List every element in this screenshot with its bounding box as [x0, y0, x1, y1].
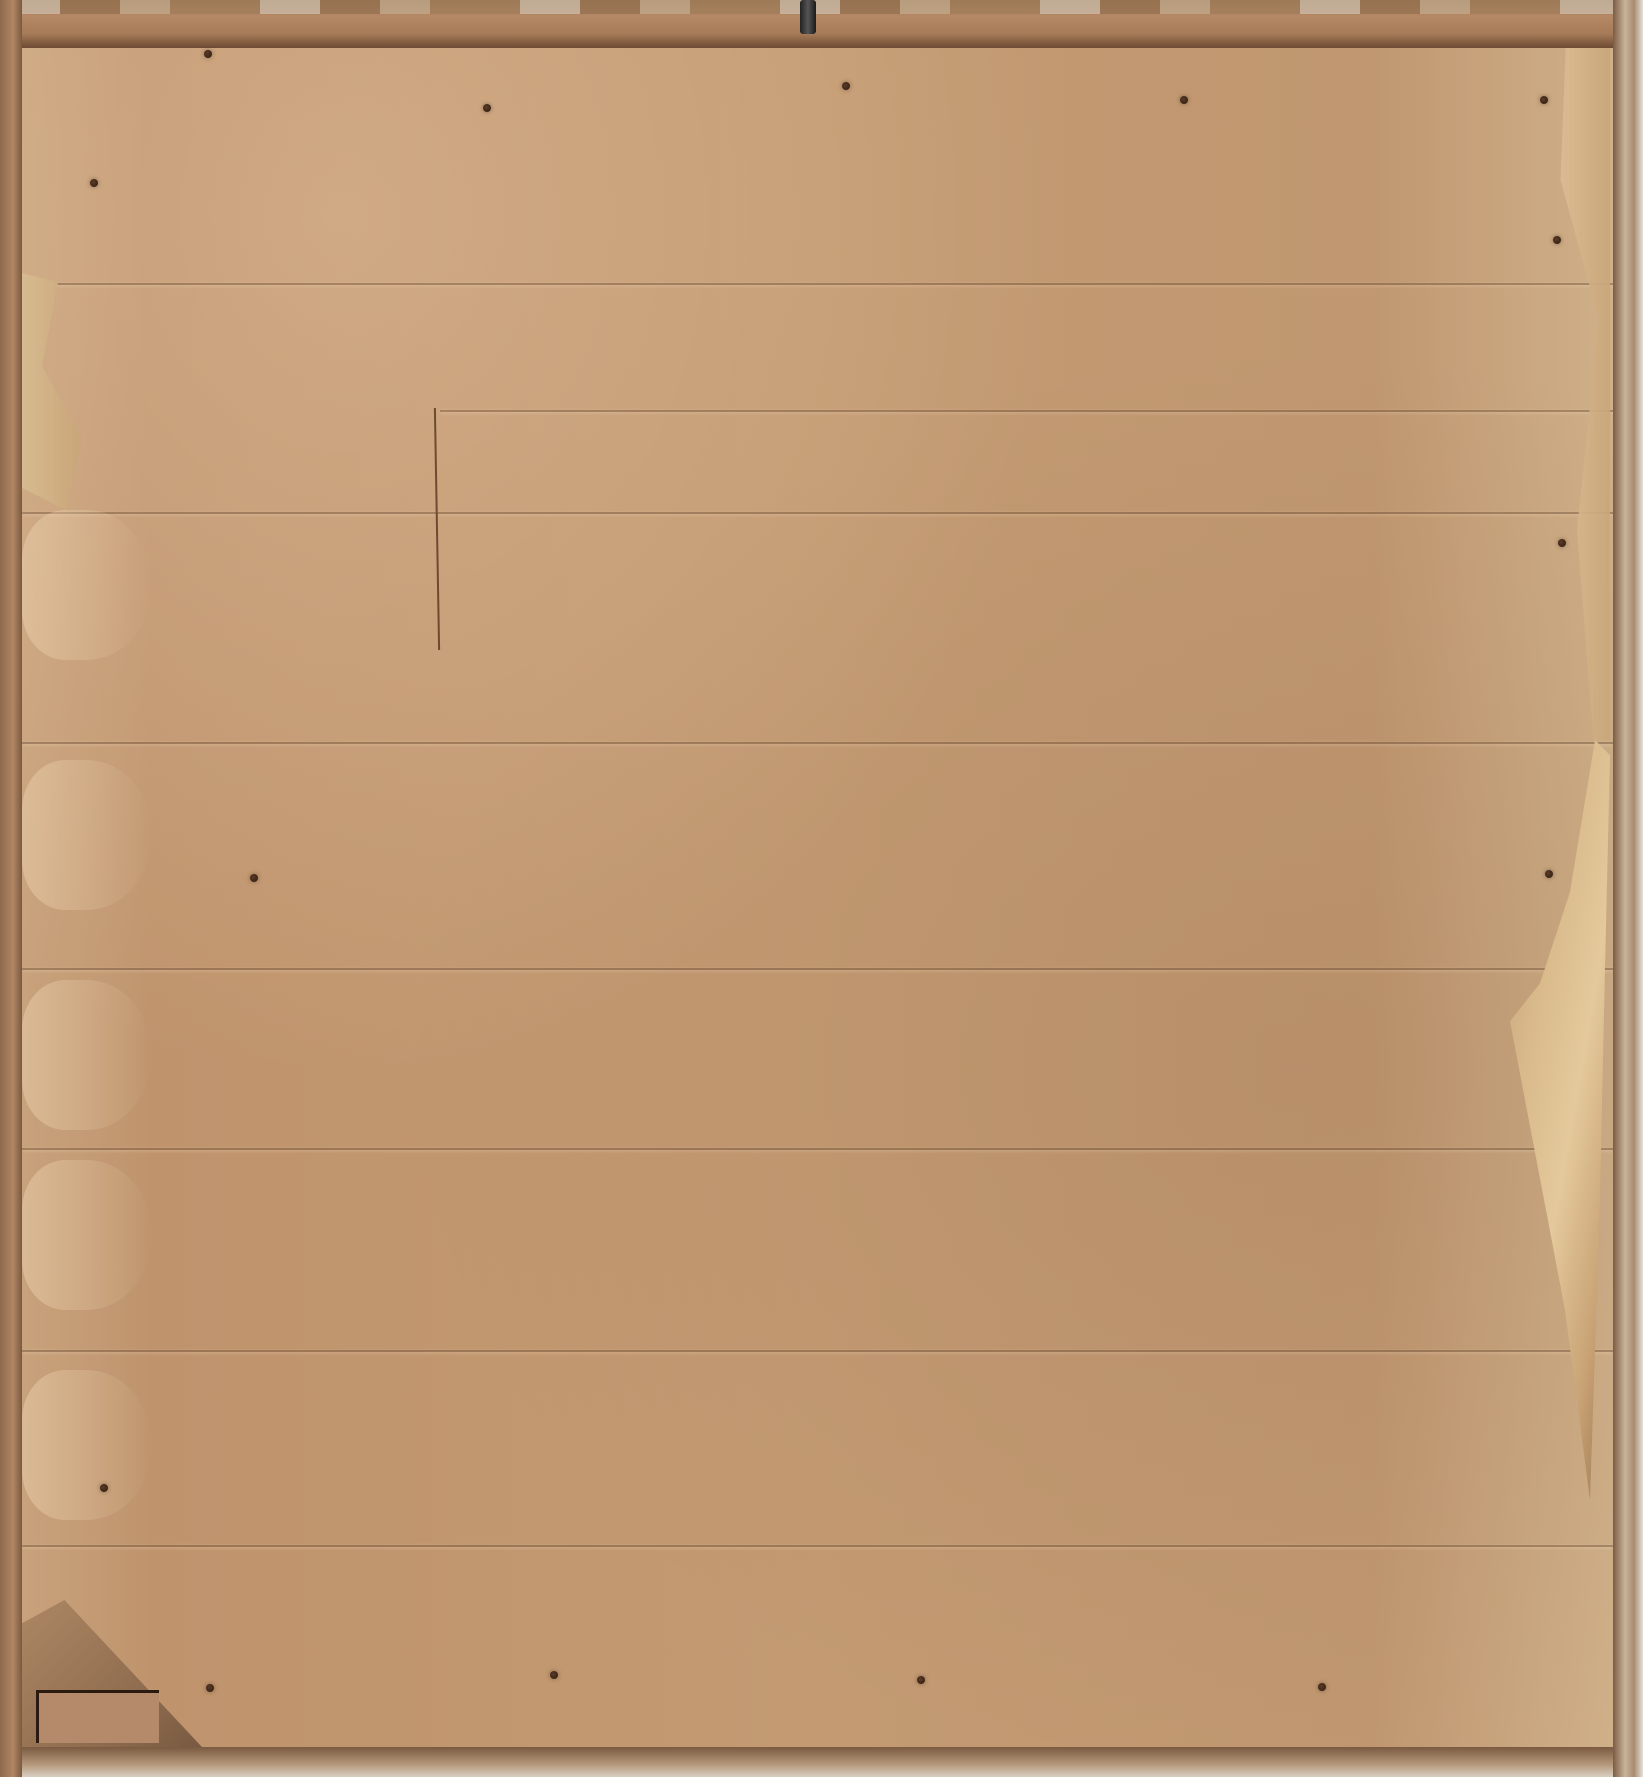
exposed-wood-corner: [36, 1690, 159, 1743]
nail-icon: [90, 179, 98, 187]
nail-icon: [550, 1671, 558, 1679]
paper-fold-highlight: [22, 510, 152, 660]
nail-icon: [206, 1684, 214, 1692]
nail-icon: [250, 874, 258, 882]
paper-strip-seam: [22, 512, 1613, 514]
nail-icon: [100, 1484, 108, 1492]
photo-frame-back: [0, 0, 1643, 1777]
nail-icon: [917, 1676, 925, 1684]
nail-icon: [1180, 96, 1188, 104]
paper-strip-seam: [22, 283, 1613, 285]
nail-icon: [842, 82, 850, 90]
paper-strip-seam: [22, 742, 1613, 744]
hanging-hook-icon: [800, 0, 816, 34]
nail-icon: [1553, 236, 1561, 244]
paper-strip-seam: [22, 1545, 1613, 1547]
paper-fold-highlight: [22, 980, 152, 1130]
nail-icon: [1540, 96, 1548, 104]
paper-strip-seam: [22, 1148, 1613, 1150]
frame-right-edge: [1613, 0, 1643, 1777]
paper-strip-seam: [440, 410, 1613, 412]
frame-bottom-edge: [0, 1747, 1643, 1777]
nail-icon: [1545, 870, 1553, 878]
nail-icon: [483, 104, 491, 112]
frame-left-edge: [0, 0, 22, 1777]
kraft-paper-backing: [22, 44, 1613, 1747]
paper-fold-highlight: [22, 1160, 152, 1310]
nail-icon: [1558, 539, 1566, 547]
paper-strip-seam: [22, 968, 1613, 970]
paper-fold-highlight: [22, 1370, 152, 1520]
frame-top-edge: [0, 0, 1643, 48]
paper-strip-seam: [22, 1350, 1613, 1352]
paper-fold-highlight: [22, 760, 152, 910]
nail-icon: [204, 50, 212, 58]
nail-icon: [1318, 1683, 1326, 1691]
